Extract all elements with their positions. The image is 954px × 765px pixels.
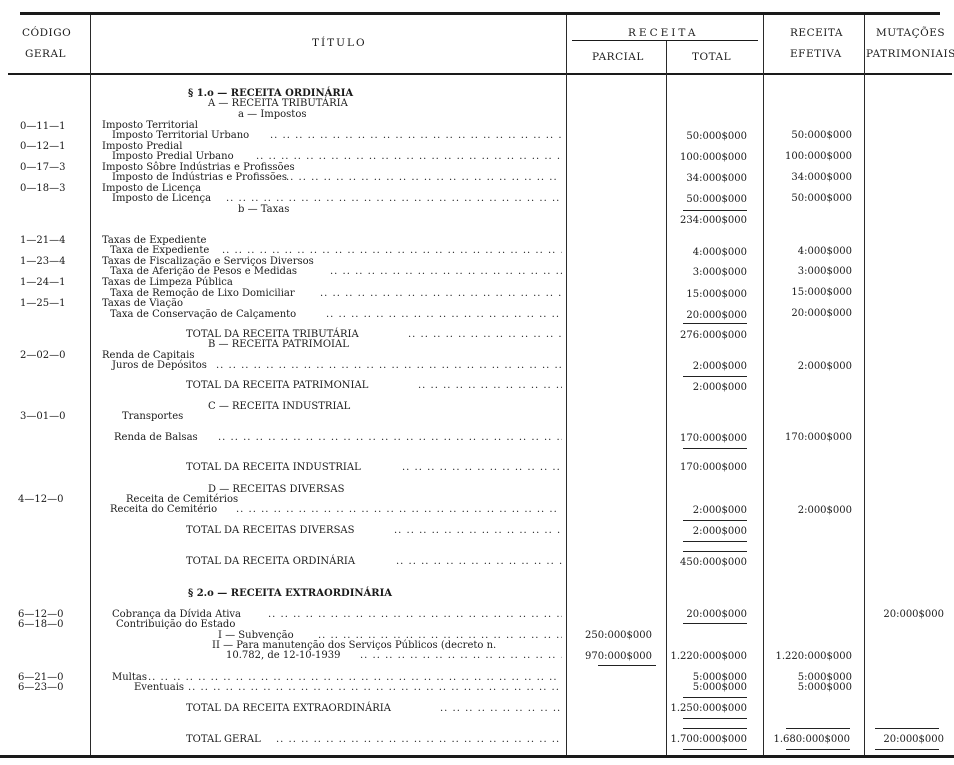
sum-rule	[683, 718, 747, 719]
total-value: 20:000$000	[686, 609, 747, 620]
sum-rule	[683, 323, 747, 324]
row-code: 1—23—4	[20, 256, 65, 267]
total-extraordinaria-label: TOTAL DA RECEITA EXTRAORDINÁRIA	[186, 703, 391, 714]
total-value: 2:000$000	[693, 505, 747, 516]
row-item: Taxa de Conservação de Calçamento	[110, 309, 296, 320]
total-patrimonial-label: TOTAL DA RECEITA PATRIMONIAL	[186, 380, 368, 391]
row-item: Taxa de Expediente	[110, 245, 209, 256]
header-receita: RECEITA	[628, 28, 698, 39]
header-parcial: PARCIAL	[592, 52, 644, 63]
total-value: 5:000$000	[693, 682, 747, 693]
sum-rule	[683, 749, 747, 750]
section-receita-tributaria: A — RECEITA TRIBUTÁRIA	[208, 98, 348, 109]
leader-dots: .. .. .. .. .. .. .. .. .. .. .. .. .. .…	[402, 462, 562, 473]
header-mutacoes-1: MUTAÇÕES	[876, 28, 945, 39]
industrial-total: 170:000$000	[680, 462, 747, 473]
total-diversas-label: TOTAL DA RECEITAS DIVERSAS	[186, 525, 355, 536]
total-industrial-label: TOTAL DA RECEITA INDUSTRIAL	[186, 462, 361, 473]
leader-dots: .. .. .. .. .. .. .. .. .. .. .. .. .. .…	[226, 193, 562, 204]
header-receita-efetiva-1: RECEITA	[790, 28, 843, 39]
efetiva-value: 1.220:000$000	[775, 651, 852, 662]
row-code: 1—21—4	[20, 235, 65, 246]
sum-rule	[875, 749, 939, 750]
leader-dots: .. .. .. .. .. .. .. .. .. .. .. .. .. .…	[320, 288, 562, 299]
leader-dots: .. .. .. .. .. .. .. .. .. .. .. .. .. .…	[276, 734, 562, 745]
section-receita-patrimonial: B — RECEITA PATRIMOIAL	[208, 339, 349, 350]
row-code: 0—18—3	[20, 183, 65, 194]
row-item: Taxa de Aferição de Pesos e Medidas	[110, 266, 297, 277]
impostos-subtotal: 234:000$000	[680, 215, 747, 226]
total-value: 100:000$000	[680, 152, 747, 163]
header-receita-efetiva-2: EFETIVA	[790, 49, 842, 60]
sum-rule	[786, 749, 850, 750]
leader-dots: .. .. .. .. .. .. .. .. .. .. .. .. .. .…	[418, 380, 562, 391]
efetiva-value: 34:000$000	[791, 172, 852, 183]
row-code: 3—01—0	[20, 411, 65, 422]
row-code: 1—25—1	[20, 298, 65, 309]
efetiva-value: 2:000$000	[798, 361, 852, 372]
total-value: 170:000$000	[680, 433, 747, 444]
row-item: Juros de Depósitos	[112, 360, 207, 371]
total-value: 1.220:000$000	[670, 651, 747, 662]
row-code: 6—18—0	[18, 619, 63, 630]
total-geral-label: TOTAL GERAL	[186, 734, 261, 745]
efetiva-value: 170:000$000	[785, 432, 852, 443]
row-item: Receita do Cemitério	[110, 504, 217, 515]
total-value: 15:000$000	[686, 289, 747, 300]
section-receita-industrial: C — RECEITA INDUSTRIAL	[208, 401, 350, 412]
leader-dots: .. .. .. .. .. .. .. .. .. .. .. .. .. .…	[268, 609, 562, 620]
col-divider-total	[763, 15, 764, 755]
efetiva-value: 5:000$000	[798, 682, 852, 693]
leader-dots: .. .. .. .. .. .. .. .. .. .. .. .. .. .…	[326, 309, 562, 320]
subsection-taxas: b — Taxas	[238, 204, 289, 215]
patrimonial-total: 2:000$000	[693, 382, 747, 393]
efetiva-value: 4:000$000	[798, 246, 852, 257]
sum-rule	[683, 520, 747, 521]
header-titulo: TÍTULO	[312, 38, 367, 49]
row-group: Taxas de Limpeza Pública	[102, 277, 233, 288]
section-receita-extraordinaria: § 2.o — RECEITA EXTRAORDINÁRIA	[188, 588, 392, 599]
row-group: Taxas de Viação	[102, 298, 183, 309]
row-code: 0—12—1	[20, 141, 65, 152]
col-divider-parcial	[666, 40, 667, 755]
leader-dots: .. .. .. .. .. .. .. .. .. .. .. .. .. .…	[270, 130, 562, 141]
extraordinaria-total: 1.250:000$000	[670, 703, 747, 714]
mutacoes-value: 20:000$000	[883, 609, 944, 620]
efetiva-value: 15:000$000	[791, 287, 852, 298]
col-divider-code	[90, 15, 91, 755]
sum-rule	[683, 697, 747, 698]
row-item: Eventuais	[134, 682, 184, 693]
row-code: 0—11—1	[20, 121, 65, 132]
sum-rule	[683, 210, 747, 211]
tributaria-total: 276:000$000	[680, 330, 747, 341]
header-bottom-rule	[8, 73, 952, 75]
row-item: Renda de Balsas	[114, 432, 198, 443]
leader-dots: .. .. .. .. .. .. .. .. .. .. .. .. .. .…	[396, 556, 562, 567]
efetiva-value: 3:000$000	[798, 266, 852, 277]
header-codigo: CÓDIGO	[22, 28, 71, 39]
row-code: 6—23—0	[18, 682, 63, 693]
sum-rule	[875, 728, 939, 729]
total-value: 4:000$000	[693, 247, 747, 258]
row-code: 0—17—3	[20, 162, 65, 173]
row-group: Transportes	[122, 411, 183, 422]
leader-dots: .. .. .. .. .. .. .. .. .. .. .. .. .. .…	[188, 682, 562, 693]
efetiva-value: 2:000$000	[798, 505, 852, 516]
total-value: 50:000$000	[686, 194, 747, 205]
parcial-value: 250:000$000	[585, 630, 652, 641]
ordinaria-total: 450:000$000	[680, 557, 747, 568]
total-value: 2:000$000	[693, 361, 747, 372]
geral-efetiva: 1.680:000$000	[773, 734, 850, 745]
row-group: Contribuição do Estado	[116, 619, 235, 630]
leader-dots: .. .. .. .. .. .. .. .. .. .. .. .. .. .…	[222, 245, 562, 256]
total-value: 20:000$000	[686, 310, 747, 321]
header-geral: GERAL	[25, 49, 66, 60]
leader-dots: .. .. .. .. .. .. .. .. .. .. .. .. .. .…	[330, 266, 562, 277]
leader-dots: .. .. .. .. .. .. .. .. .. .. .. .. .. .…	[440, 703, 562, 714]
row-item-cont: 10.782, de 12-10-1939	[226, 650, 341, 661]
total-ordinaria-label: TOTAL DA RECEITA ORDINÁRIA	[186, 556, 355, 567]
sum-rule	[683, 623, 747, 624]
leader-dots: .. .. .. .. .. .. .. .. .. .. .. .. .. .…	[216, 360, 562, 371]
row-item: Imposto Predial Urbano	[112, 151, 234, 162]
row-code: 2—02—0	[20, 350, 65, 361]
col-divider-efetiva	[864, 15, 865, 755]
leader-dots: .. .. .. .. .. .. .. .. .. .. .. .. .. .…	[394, 525, 562, 536]
leader-dots: .. .. .. .. .. .. .. .. .. .. .. .. .. .…	[408, 329, 562, 340]
row-item: Imposto de Licença	[112, 193, 211, 204]
sum-rule	[598, 665, 656, 666]
row-code: 1—24—1	[20, 277, 65, 288]
efetiva-value: 50:000$000	[791, 130, 852, 141]
row-item: Imposto de Indústrias e Profissões	[112, 172, 287, 183]
top-rule	[20, 12, 940, 15]
revenue-table: CÓDIGO GERAL TÍTULO RECEITA PARCIAL TOTA…	[0, 0, 954, 765]
sum-rule	[683, 541, 747, 542]
efetiva-value: 50:000$000	[791, 193, 852, 204]
geral-total: 1.700:000$000	[670, 734, 747, 745]
col-divider-titulo	[566, 15, 567, 755]
leader-dots: .. .. .. .. .. .. .. .. .. .. .. .. .. .…	[218, 432, 562, 443]
receita-underline	[572, 40, 758, 41]
header-mutacoes-2: PATRIMONIAIS	[866, 49, 954, 60]
bottom-rule	[0, 755, 954, 758]
sum-rule	[683, 448, 747, 449]
parcial-value: 970:000$000	[585, 651, 652, 662]
leader-dots: .. .. .. .. .. .. .. .. .. .. .. .. .. .…	[286, 172, 562, 183]
sum-rule	[683, 376, 747, 377]
total-value: 50:000$000	[686, 131, 747, 142]
leader-dots: .. .. .. .. .. .. .. .. .. .. .. .. .. .…	[360, 650, 562, 661]
sum-rule	[683, 551, 747, 552]
diversas-total: 2:000$000	[693, 526, 747, 537]
total-value: 34:000$000	[686, 173, 747, 184]
geral-mutacoes: 20:000$000	[883, 734, 944, 745]
row-code: 4—12—0	[18, 494, 63, 505]
total-value: 3:000$000	[693, 267, 747, 278]
leader-dots: .. .. .. .. .. .. .. .. .. .. .. .. .. .…	[236, 504, 562, 515]
leader-dots: .. .. .. .. .. .. .. .. .. .. .. .. .. .…	[256, 151, 562, 162]
sum-rule	[683, 728, 747, 729]
efetiva-value: 100:000$000	[785, 151, 852, 162]
efetiva-value: 20:000$000	[791, 308, 852, 319]
row-item: Imposto Territorial Urbano	[112, 130, 249, 141]
subsection-impostos: a — Impostos	[238, 109, 306, 120]
sum-rule	[786, 728, 850, 729]
header-total: TOTAL	[692, 52, 731, 63]
